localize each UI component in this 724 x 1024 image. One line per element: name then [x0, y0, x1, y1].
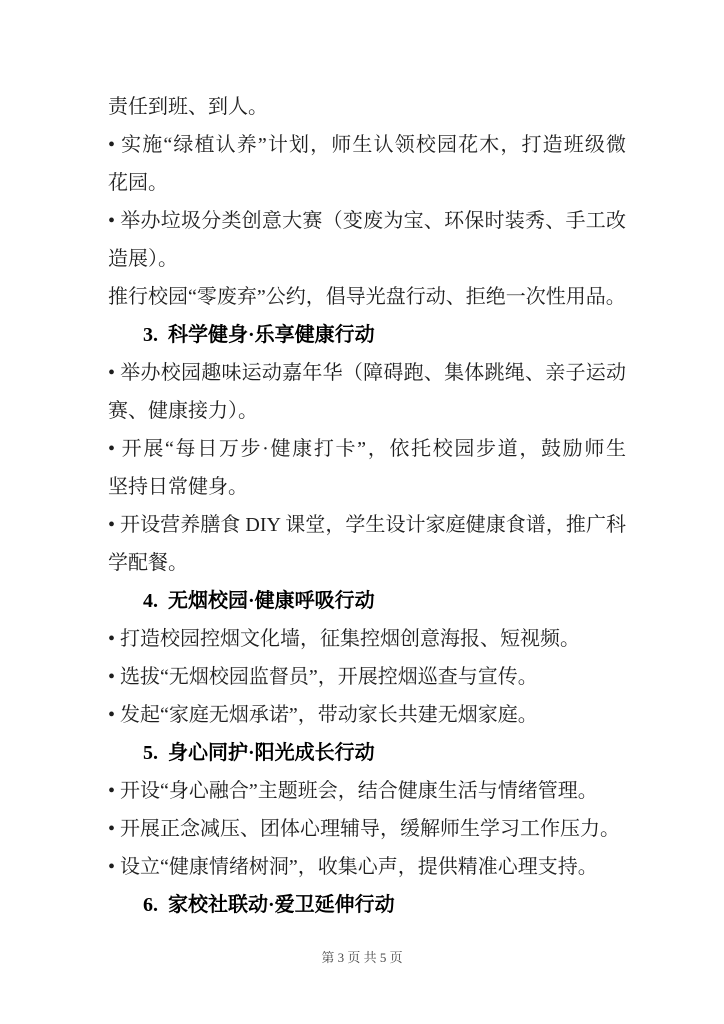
paragraph-bullet: • 开展“每日万步·健康打卡”，依托校园步道，鼓励师生坚持日常健身。: [108, 430, 626, 506]
text-line: • 开展“每日万步·健康打卡”，依托校园步道，鼓励师生: [108, 430, 626, 468]
section-heading: 5. 身心同护·阳光成长行动: [108, 734, 626, 772]
text-line: • 实施“绿植认养”计划，师生认领校园花木，打造班级微: [108, 126, 626, 164]
paragraph-bullet: • 举办垃圾分类创意大赛（变废为宝、环保时装秀、手工改造展）。: [108, 202, 626, 278]
text-line: • 开展正念减压、团体心理辅导，缓解师生学习工作压力。: [108, 810, 626, 848]
text-line: 3. 科学健身·乐享健康行动: [108, 316, 626, 354]
paragraph-bullet: • 打造校园控烟文化墙，征集控烟创意海报、短视频。: [108, 620, 626, 658]
page-footer: 第 3 页 共 5 页: [0, 948, 724, 968]
text-line: 赛、健康接力）。: [108, 392, 626, 430]
text-line: 4. 无烟校园·健康呼吸行动: [108, 582, 626, 620]
paragraph-bullet: • 开设营养膳食 DIY 课堂，学生设计家庭健康食谱，推广科学配餐。: [108, 506, 626, 582]
text-line: 花园。: [108, 164, 626, 202]
paragraph-plain: 推行校园“零废弃”公约，倡导光盘行动、拒绝一次性用品。: [108, 278, 626, 316]
text-line: • 开设营养膳食 DIY 课堂，学生设计家庭健康食谱，推广科: [108, 506, 626, 544]
text-line: 坚持日常健身。: [108, 468, 626, 506]
document-page: 责任到班、到人。• 实施“绿植认养”计划，师生认领校园花木，打造班级微花园。• …: [0, 0, 724, 1024]
text-line: • 设立“健康情绪树洞”，收集心声，提供精准心理支持。: [108, 848, 626, 886]
section-heading: 6. 家校社联动·爱卫延伸行动: [108, 886, 626, 924]
text-line: • 选拔“无烟校园监督员”，开展控烟巡查与宣传。: [108, 658, 626, 696]
paragraph-bullet: • 发起“家庭无烟承诺”，带动家长共建无烟家庭。: [108, 696, 626, 734]
document-body: 责任到班、到人。• 实施“绿植认养”计划，师生认领校园花木，打造班级微花园。• …: [108, 88, 626, 924]
paragraph-bullet: • 举办校园趣味运动嘉年华（障碍跑、集体跳绳、亲子运动赛、健康接力）。: [108, 354, 626, 430]
text-line: • 打造校园控烟文化墙，征集控烟创意海报、短视频。: [108, 620, 626, 658]
paragraph-bullet: • 实施“绿植认养”计划，师生认领校园花木，打造班级微花园。: [108, 126, 626, 202]
text-line: • 举办垃圾分类创意大赛（变废为宝、环保时装秀、手工改: [108, 202, 626, 240]
paragraph-bullet: • 选拔“无烟校园监督员”，开展控烟巡查与宣传。: [108, 658, 626, 696]
text-line: • 发起“家庭无烟承诺”，带动家长共建无烟家庭。: [108, 696, 626, 734]
text-line: • 开设“身心融合”主题班会，结合健康生活与情绪管理。: [108, 772, 626, 810]
text-line: 造展）。: [108, 240, 626, 278]
section-heading: 4. 无烟校园·健康呼吸行动: [108, 582, 626, 620]
text-line: 6. 家校社联动·爱卫延伸行动: [108, 886, 626, 924]
text-line: • 举办校园趣味运动嘉年华（障碍跑、集体跳绳、亲子运动: [108, 354, 626, 392]
paragraph-bullet: • 设立“健康情绪树洞”，收集心声，提供精准心理支持。: [108, 848, 626, 886]
paragraph-bullet: • 开设“身心融合”主题班会，结合健康生活与情绪管理。: [108, 772, 626, 810]
text-line: 5. 身心同护·阳光成长行动: [108, 734, 626, 772]
paragraph-plain: 责任到班、到人。: [108, 88, 626, 126]
paragraph-bullet: • 开展正念减压、团体心理辅导，缓解师生学习工作压力。: [108, 810, 626, 848]
section-heading: 3. 科学健身·乐享健康行动: [108, 316, 626, 354]
text-line: 责任到班、到人。: [108, 88, 626, 126]
text-line: 推行校园“零废弃”公约，倡导光盘行动、拒绝一次性用品。: [108, 278, 626, 316]
text-line: 学配餐。: [108, 544, 626, 582]
